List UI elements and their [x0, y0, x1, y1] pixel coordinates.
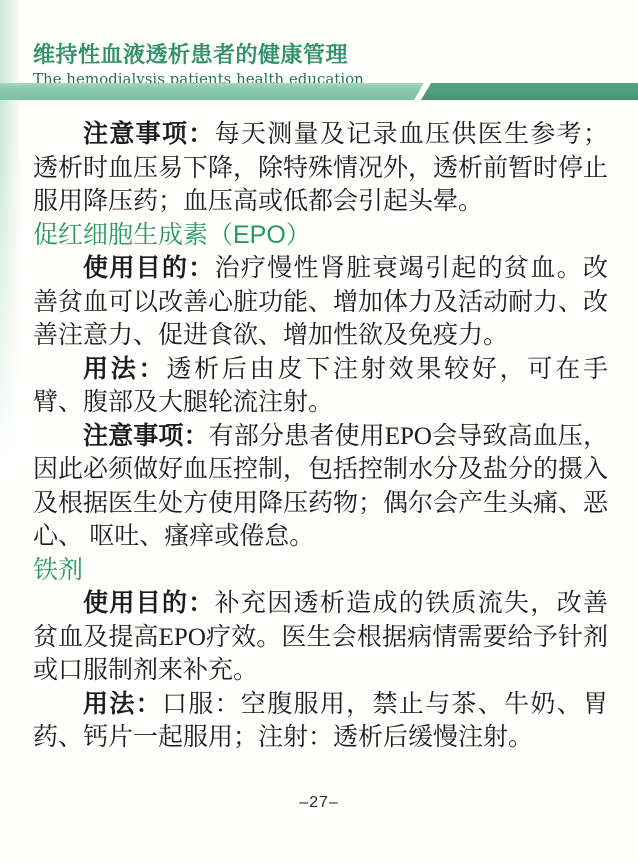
paragraph: 使用目的：治疗慢性肾脏衰竭引起的贫血。改善贫血可以改善心脏功能、增加体力及活动耐…: [33, 252, 608, 353]
paragraph: 使用目的：补充因透析造成的铁质流失，改善贫血及提高EPO疗效。医生会根据病情需要…: [33, 587, 608, 688]
banner-left-segment: [0, 83, 430, 100]
body-content: 注意事项：每天测量及记录血压供医生参考；透析时血压易下降，除特殊情况外，透析前暂…: [33, 118, 608, 755]
header-banner: [0, 83, 638, 100]
page-number: –27–: [0, 794, 638, 812]
paragraph: 注意事项：有部分患者使用EPO会导致高血压，因此必须做好血压控制，包括控制水分及…: [33, 420, 608, 554]
paragraph: 用法：口服：空腹服用，禁止与茶、牛奶、胃药、钙片一起服用；注射：透析后缓慢注射。: [33, 688, 608, 755]
paragraph-label: 使用目的：: [83, 590, 215, 617]
document-page: 维持性血液透析患者的健康管理 The hemodialysis patients…: [0, 0, 638, 862]
paragraph: 用法：透析后由皮下注射效果较好，可在手臂、腹部及大腿轮流注射。: [33, 353, 608, 420]
paragraph-label: 用法：: [83, 691, 162, 718]
paragraph-label: 注意事项：: [83, 423, 209, 450]
page-title: 维持性血液透析患者的健康管理: [33, 38, 364, 69]
paragraph: 注意事项：每天测量及记录血压供医生参考；透析时血压易下降，除特殊情况外，透析前暂…: [33, 118, 608, 219]
paragraph-label: 注意事项：: [83, 121, 215, 148]
left-edge-gradient: [0, 0, 22, 470]
paragraph-label: 用法：: [83, 356, 166, 383]
paragraph-label: 使用目的：: [83, 255, 215, 282]
section-heading-iron: 铁剂: [33, 554, 608, 588]
section-heading-epo: 促红细胞生成素（EPO）: [33, 219, 608, 253]
page-header: 维持性血液透析患者的健康管理 The hemodialysis patients…: [33, 38, 364, 88]
